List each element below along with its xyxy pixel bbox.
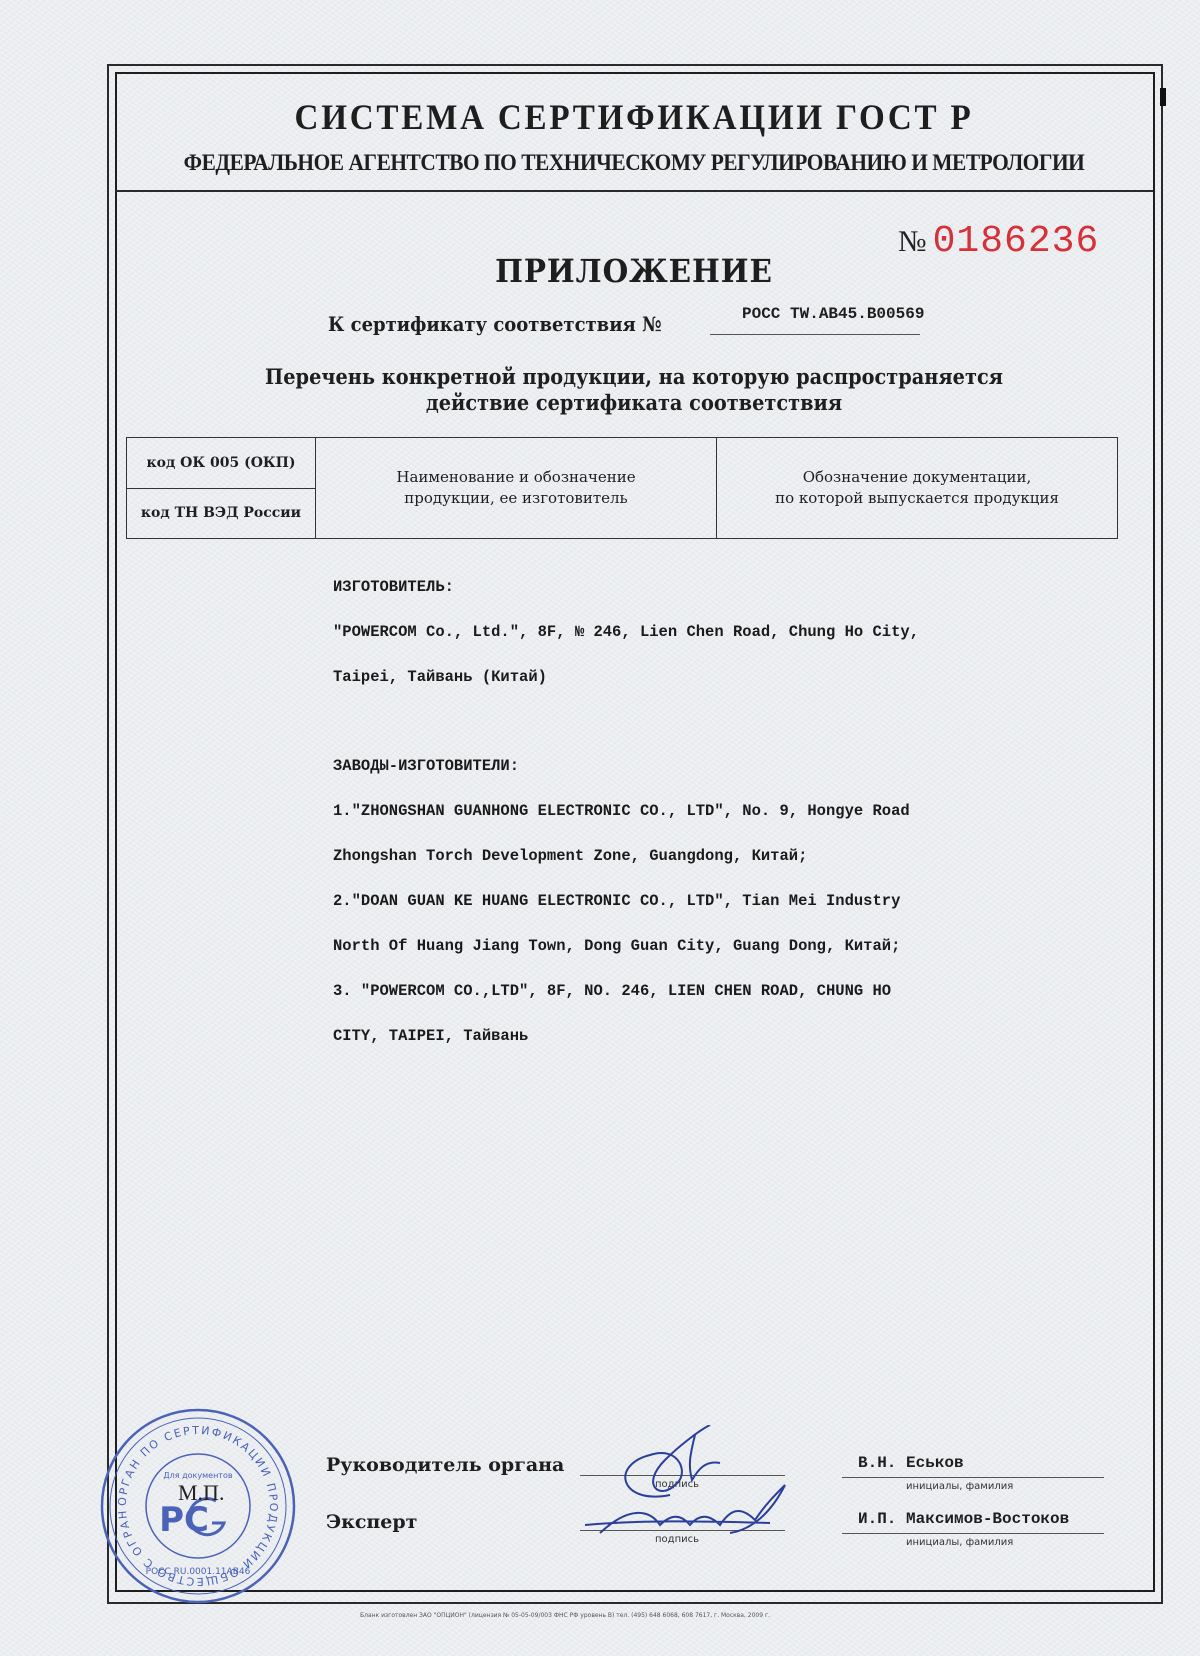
footer-note: Бланк изготовлен ЗАО "ОПЦИОН" (лицензия … bbox=[360, 1612, 770, 1619]
factory-line: North Of Huang Jiang Town, Dong Guan Cit… bbox=[333, 935, 919, 958]
product-name-header-line1: Наименование и обозначение bbox=[396, 467, 635, 488]
stamp-place-label: М.П. bbox=[178, 1480, 224, 1506]
manufacturer-line: "POWERCOM Co., Ltd.", 8F, № 246, Lien Ch… bbox=[333, 621, 919, 644]
head-name: В.Н. Еськов bbox=[858, 1454, 964, 1472]
system-title: СИСТЕМА СЕРТИФИКАЦИИ ГОСТ Р bbox=[157, 96, 1112, 138]
expert-name: И.П. Максимов-Востоков bbox=[858, 1510, 1069, 1528]
list-heading: Перечень конкретной продукции, на котору… bbox=[157, 364, 1112, 416]
manufacturer-heading: ИЗГОТОВИТЕЛЬ: bbox=[333, 576, 919, 599]
factories-heading: ЗАВОДЫ-ИЗГОТОВИТЕЛИ: bbox=[333, 755, 919, 778]
list-heading-line1: Перечень конкретной продукции, на котору… bbox=[157, 364, 1112, 390]
head-name-caption: инициалы, фамилия bbox=[906, 1481, 1013, 1492]
documentation-header-line2: по которой выпускается продукция bbox=[775, 488, 1059, 509]
handwritten-signatures-icon bbox=[580, 1425, 800, 1545]
factory-line: Zhongshan Torch Development Zone, Guangd… bbox=[333, 845, 919, 868]
list-heading-line2: действие сертификата соответствия bbox=[157, 390, 1112, 416]
documentation-header-line1: Обозначение документации, bbox=[775, 467, 1059, 488]
svg-text:Для документов: Для документов bbox=[163, 1471, 232, 1480]
product-name-header: Наименование и обозначение продукции, ее… bbox=[316, 438, 717, 538]
factory-line: 2."DOAN GUAN KE HUANG ELECTRONIC CO., LT… bbox=[333, 890, 919, 913]
header-divider bbox=[115, 190, 1153, 192]
product-table-header: код ОК 005 (ОКП) код ТН ВЭД России Наиме… bbox=[126, 437, 1118, 539]
agency-title: ФЕДЕРАЛЬНОЕ АГЕНТСТВО ПО ТЕХНИЧЕСКОМУ РЕ… bbox=[151, 150, 1116, 176]
appendix-title: ПРИЛОЖЕНИЕ bbox=[157, 252, 1112, 290]
factory-line: 3. "POWERCOM CO.,LTD", 8F, NO. 246, LIEN… bbox=[333, 980, 919, 1003]
certificate-ref-label: К сертификату соответствия № bbox=[328, 312, 662, 336]
product-name-header-line2: продукции, ее изготовитель bbox=[396, 488, 635, 509]
codes-column: код ОК 005 (ОКП) код ТН ВЭД России bbox=[127, 438, 316, 538]
certificate-ref-underline bbox=[710, 334, 920, 335]
factory-line: 1."ZHONGSHAN GUANHONG ELECTRONIC CO., LT… bbox=[333, 800, 919, 823]
svg-text:POCC RU.0001.11AB46: POCC RU.0001.11AB46 bbox=[146, 1567, 251, 1577]
head-name-line bbox=[842, 1477, 1104, 1478]
head-label: Руководитель органа bbox=[326, 1454, 564, 1476]
certification-stamp-icon: ОРГАН ПО СЕРТИФИКАЦИИ ПРОДУКЦИИ ОБЩЕСТВО… bbox=[98, 1406, 298, 1606]
product-description: ИЗГОТОВИТЕЛЬ: "POWERCOM Co., Ltd.", 8F, … bbox=[333, 553, 919, 1070]
documentation-header: Обозначение документации, по которой вып… bbox=[717, 438, 1117, 538]
code-okp-header: код ОК 005 (ОКП) bbox=[127, 438, 315, 489]
code-tn-ved-header: код ТН ВЭД России bbox=[127, 489, 315, 539]
factory-line: CITY, TAIPEI, Тайвань bbox=[333, 1025, 919, 1048]
expert-name-line bbox=[842, 1533, 1104, 1534]
manufacturer-line: Taipei, Тайвань (Китай) bbox=[333, 666, 919, 689]
expert-label: Эксперт bbox=[326, 1511, 417, 1533]
certificate-ref-value: РОСС TW.АВ45.В00569 bbox=[742, 305, 924, 323]
scan-mark bbox=[1160, 88, 1166, 106]
expert-name-caption: инициалы, фамилия bbox=[906, 1537, 1013, 1548]
